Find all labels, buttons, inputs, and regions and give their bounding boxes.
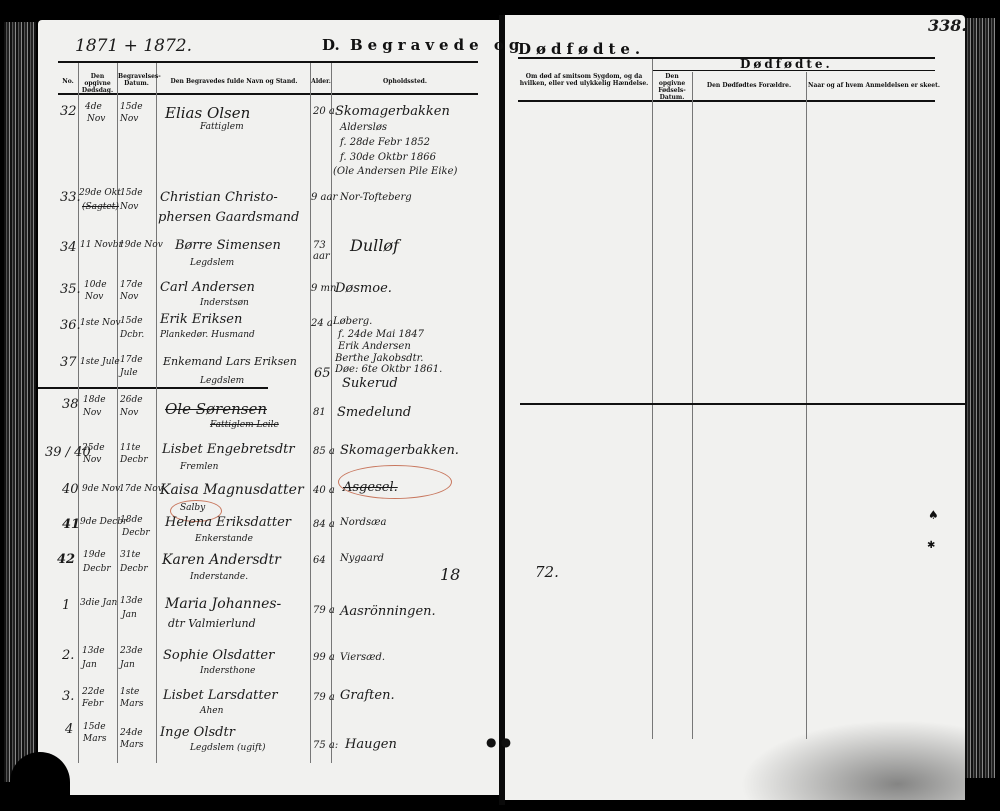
- column-header-parents: Den Dødfødtes Forældre.: [693, 82, 805, 89]
- entry-number: 38: [62, 397, 79, 412]
- death-date: 1ste Jule: [80, 357, 120, 367]
- deceased-status: Legdslem: [200, 376, 244, 386]
- column-header-cause: Om død af smitsom Sygdom, og da hvilken,…: [518, 73, 650, 87]
- deceased-name: Lisbet Larsdatter: [163, 688, 278, 703]
- age: 81: [313, 407, 326, 418]
- ink-spot: ✱: [927, 540, 935, 551]
- burial-date-month: Dcbr.: [120, 330, 144, 340]
- burial-date: 19de Nov: [119, 240, 163, 250]
- burial-date: 23de: [120, 646, 143, 656]
- residence: Skomagerbakken.: [340, 443, 459, 458]
- column-header-age: Alder.: [311, 78, 331, 85]
- age: 24 a: [311, 318, 333, 329]
- deceased-name: Kaisa Magnusdatter: [160, 482, 304, 498]
- residence: Nygaard: [340, 553, 384, 564]
- burial-date-month: Nov: [120, 292, 138, 302]
- residence: Haugen: [345, 737, 397, 752]
- page-title-right: Dødfødte.: [518, 40, 645, 58]
- burial-date-month: Decbr: [120, 564, 148, 574]
- right-page: [505, 15, 965, 800]
- column-divider: [117, 63, 118, 763]
- age: 99 a: [313, 652, 335, 663]
- deceased-name: Carl Andersen: [160, 280, 255, 295]
- residence: Aasrönningen.: [340, 604, 436, 619]
- burial-date: 17de Nov: [119, 484, 163, 494]
- deceased-status: dtr Valmierlund: [168, 617, 256, 630]
- death-date-month: Nov: [83, 455, 101, 465]
- right-column-divider: [806, 72, 807, 739]
- page-number: 338.: [928, 16, 967, 35]
- death-date-month: Decbr: [83, 564, 111, 574]
- year-mark-left: 18: [440, 565, 460, 584]
- deceased-status: Plankedør. Husmand: [160, 330, 255, 340]
- burial-date: 15de: [120, 316, 143, 326]
- death-date-month: Nov: [83, 408, 101, 418]
- section-letter: D.: [322, 36, 340, 54]
- right-column-divider: [692, 72, 693, 739]
- residence: Smedelund: [337, 405, 411, 420]
- right-header-rule-top: [518, 57, 935, 59]
- age: 9 aar: [311, 192, 337, 203]
- death-date: 22de: [82, 687, 105, 697]
- entry-number: 33.: [60, 190, 81, 205]
- burial-date-month: Decbr: [122, 528, 150, 538]
- residence: Dulløf: [350, 236, 399, 255]
- book-edge-left: [4, 22, 36, 782]
- column-header-birth-date: Den opgivne Fødsels-Datum.: [653, 73, 691, 101]
- deceased-status: phersen Gaardsmand: [158, 210, 299, 225]
- deceased-name-struck: Ole Sørensen: [165, 400, 267, 418]
- age: 85 a: [313, 446, 335, 457]
- burial-date-month: Mars: [120, 740, 144, 750]
- ink-spot: ♠: [928, 508, 939, 522]
- right-header-rule-bottom: [518, 100, 935, 102]
- right-column-divider: [652, 59, 653, 739]
- death-date: 10de: [84, 280, 107, 290]
- burial-date: 15de: [120, 102, 143, 112]
- header-rule-bottom: [58, 93, 478, 95]
- death-date: 1ste Nov: [80, 318, 121, 328]
- age: 75 a:: [313, 740, 338, 751]
- age: 9 mn: [311, 283, 336, 294]
- entry-number: 41: [62, 517, 80, 532]
- death-date: 4de: [85, 102, 102, 112]
- burial-date-month: Nov: [120, 408, 138, 418]
- page-shadow: [740, 720, 965, 800]
- death-date: 15de: [83, 722, 106, 732]
- residence: Graften.: [340, 688, 395, 703]
- death-date: 3die Jan: [80, 598, 117, 608]
- right-year-divider-rule: [520, 403, 965, 405]
- age: 79 a: [313, 605, 335, 616]
- burial-date: 17de: [120, 280, 143, 290]
- deceased-name: Lisbet Engebretsdtr: [162, 442, 295, 457]
- stillborn-group-title: Dødfødte.: [740, 57, 833, 71]
- deceased-name: Inge Olsdtr: [160, 725, 235, 740]
- residence: Sukerud: [342, 376, 398, 391]
- book-edge-right: [965, 18, 995, 778]
- death-date: 11 Novbr: [80, 240, 123, 250]
- deceased-status: Legdslem: [190, 258, 234, 268]
- deceased-status: Fattiglem: [200, 122, 244, 132]
- deceased-status: Indersthone: [200, 666, 255, 676]
- note: f. 30de Oktbr 1866: [340, 152, 436, 163]
- year-range: 1871 + 1872.: [75, 36, 192, 56]
- entry-number: 40: [62, 482, 79, 497]
- column-header-death-date: Den opgivne Dødsdag.: [79, 73, 116, 94]
- entry-number: 3.: [62, 689, 74, 704]
- deceased-name: Sophie Olsdatter: [163, 648, 274, 663]
- deceased-name: Børre Simensen: [175, 238, 281, 253]
- death-date-month: Febr: [82, 699, 103, 709]
- death-date: 18de: [83, 395, 106, 405]
- burial-date: 31te: [120, 550, 140, 560]
- age: 84 a: [313, 519, 335, 530]
- burial-date-month: Nov: [120, 202, 138, 212]
- death-date-month: Nov: [87, 114, 105, 124]
- death-date: 9de Nov: [82, 484, 120, 494]
- column-header-name: Den Begravedes fulde Navn og Stand.: [160, 78, 308, 85]
- age: 73 aar: [313, 240, 331, 262]
- note: Berthe Jakobsdtr.: [335, 353, 423, 364]
- residence: Asgesel.: [343, 480, 398, 495]
- year-divider-rule: [38, 387, 268, 389]
- deceased-name: Elias Olsen: [165, 104, 250, 122]
- column-header-no: No.: [58, 78, 78, 85]
- burial-date: 26de: [120, 395, 143, 405]
- residence: Døsmoe.: [335, 281, 392, 296]
- note: f. 28de Febr 1852: [340, 137, 430, 148]
- deceased-status: Fremlen: [180, 462, 218, 472]
- entry-number: 32: [60, 104, 77, 119]
- burial-date: 13de: [120, 596, 143, 606]
- entry-number: 2.: [62, 648, 74, 663]
- deceased-name: Helena Eriksdatter: [165, 515, 291, 530]
- entry-number: 1: [62, 598, 70, 613]
- burial-date: 1ste: [120, 687, 139, 697]
- deceased-name: Maria Johannes-: [165, 596, 281, 612]
- left-page: [38, 20, 500, 795]
- deceased-status: Legdslem (ugift): [190, 743, 265, 753]
- column-divider: [310, 63, 311, 763]
- entry-number: 4: [65, 722, 73, 737]
- burial-date: 24de: [120, 728, 143, 738]
- residence: Viersæd.: [340, 652, 385, 663]
- death-date: 29de Okt: [79, 188, 121, 198]
- year-mark-right: 72.: [535, 563, 559, 581]
- column-header-burial-date: Begravelses-Datum.: [118, 73, 155, 87]
- column-header-reported: Naar og af hvem Anmeldelsen er skeet.: [808, 82, 933, 89]
- burial-date: 17de: [120, 355, 143, 365]
- residence: Løberg.: [333, 316, 372, 327]
- deceased-status: Salby: [180, 503, 205, 513]
- deceased-status: Ahen: [200, 706, 223, 716]
- deceased-name: Erik Eriksen: [160, 312, 242, 327]
- burial-date-month: Decbr: [120, 455, 148, 465]
- note: Erik Andersen: [338, 341, 411, 352]
- entry-number: 34: [60, 240, 77, 255]
- ink-blot: [10, 752, 70, 811]
- death-date-month: Mars: [83, 734, 107, 744]
- deceased-name: Christian Christo-: [160, 190, 278, 205]
- entry-number: 37: [60, 355, 77, 370]
- ink-mark: ● ●: [486, 735, 511, 749]
- entry-number: 42: [57, 552, 75, 567]
- age: 64: [313, 555, 326, 566]
- deceased-status: Inderstsøn: [200, 298, 249, 308]
- burial-date-month: Jan: [122, 610, 137, 620]
- burial-date-month: Jan: [120, 660, 135, 670]
- header-rule-top: [58, 61, 478, 63]
- deceased-name: Karen Andersdtr: [162, 552, 281, 568]
- death-date-month: Jan: [82, 660, 97, 670]
- deceased-status-struck: Fattiglem Leile: [210, 420, 279, 430]
- burial-date-month: Jule: [120, 368, 138, 378]
- note: f. 24de Mai 1847: [338, 329, 424, 340]
- death-date-struck: (Sagtet): [82, 202, 119, 212]
- column-header-residence: Opholdssted.: [335, 78, 475, 85]
- deceased-name: Enkemand Lars Eriksen: [163, 355, 297, 368]
- burial-date: 18de: [120, 515, 143, 525]
- deceased-status: Enkerstande: [195, 534, 253, 544]
- residence: Skomagerbakken: [335, 104, 450, 119]
- column-divider: [78, 63, 79, 763]
- entry-number: 35.: [60, 282, 81, 297]
- death-date: 25de: [82, 443, 105, 453]
- death-date: 13de: [82, 646, 105, 656]
- deceased-status: Inderstande.: [190, 572, 248, 582]
- note: Døe: 6te Oktbr 1861.: [335, 364, 442, 375]
- age: 20 a: [313, 106, 335, 117]
- entry-number: 36.: [60, 318, 81, 333]
- death-date-month: Nov: [85, 292, 103, 302]
- death-date: 19de: [83, 550, 106, 560]
- residence: Nordsæa: [340, 517, 386, 528]
- residence: Nor-Tofteberg: [340, 192, 412, 203]
- column-divider: [156, 63, 157, 763]
- age: 79 a: [313, 692, 335, 703]
- age: 65: [314, 366, 331, 381]
- burial-date: 15de: [120, 188, 143, 198]
- burial-date-month: Mars: [120, 699, 144, 709]
- note: (Ole Andersen Pile Eike): [333, 166, 457, 177]
- page-title-left: Begravede og: [350, 36, 524, 54]
- age: 40 a: [313, 485, 335, 496]
- burial-date: 11te: [120, 443, 140, 453]
- note: Aldersløs: [340, 122, 387, 133]
- burial-date-month: Nov: [120, 114, 138, 124]
